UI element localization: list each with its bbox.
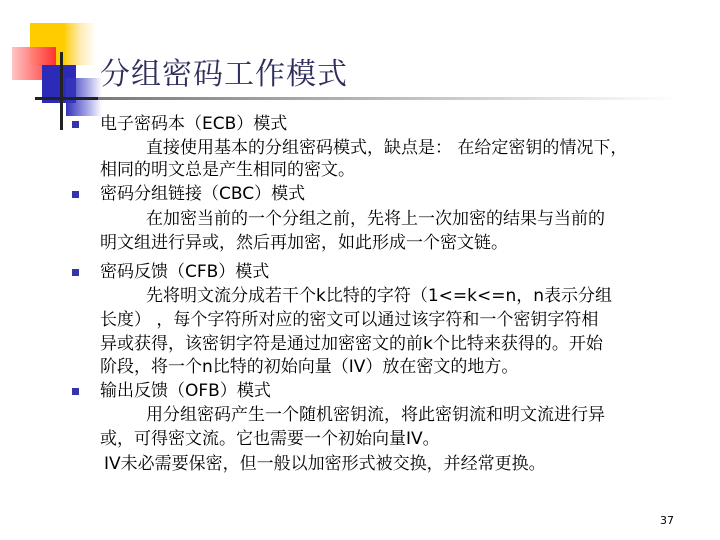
- section-body-line: 异或获得，该密钥字符是通过加密密文的前k个比特来获得的。开始: [100, 333, 603, 355]
- section-heading-cfb: 密码反馈（CFB）模式: [100, 261, 269, 283]
- section-body-line: 用分组密码产生一个随机密钥流，将此密钥流和明文流进行异: [146, 404, 605, 426]
- section-body-line: 或，可得密文流。它也需要一个初始向量IV。: [100, 428, 440, 450]
- section-body-line: 先将明文流分成若干个k比特的字符（1<=k<=n，n表示分组: [146, 285, 612, 307]
- section-body-line: 长度） ，每个字符所对应的密文可以通过该字符和一个密钥字符相: [100, 309, 598, 331]
- bullet-icon: [72, 121, 79, 128]
- section-body-line: 在加密当前的一个分组之前，先将上一次加密的结果与当前的: [146, 208, 605, 230]
- slide-content: 电子密码本（ECB）模式 直接使用基本的分组密码模式，缺点是： 在给定密钥的情况…: [0, 0, 720, 540]
- section-heading-ecb: 电子密码本（ECB）模式: [100, 113, 287, 135]
- bullet-icon: [72, 191, 79, 198]
- bullet-icon: [72, 388, 79, 395]
- section-body-line: 相同的明文总是产生相同的密文。: [100, 159, 355, 181]
- section-body-line: 阶段，将一个n比特的初始向量（IV）放在密文的地方。: [100, 356, 518, 378]
- page-number: 37: [660, 514, 674, 527]
- bullet-icon: [72, 269, 79, 276]
- section-body-line: 直接使用基本的分组密码模式，缺点是： 在给定密钥的情况下，: [146, 137, 627, 159]
- section-body-line: 明文组进行异或，然后再加密，如此形成一个密文链。: [100, 232, 508, 254]
- section-heading-cbc: 密码分组链接（CBC）模式: [100, 183, 305, 205]
- section-heading-ofb: 输出反馈（OFB）模式: [100, 380, 271, 402]
- section-body-line: IV未必需要保密，但一般以加密形式被交换，并经常更换。: [104, 453, 546, 475]
